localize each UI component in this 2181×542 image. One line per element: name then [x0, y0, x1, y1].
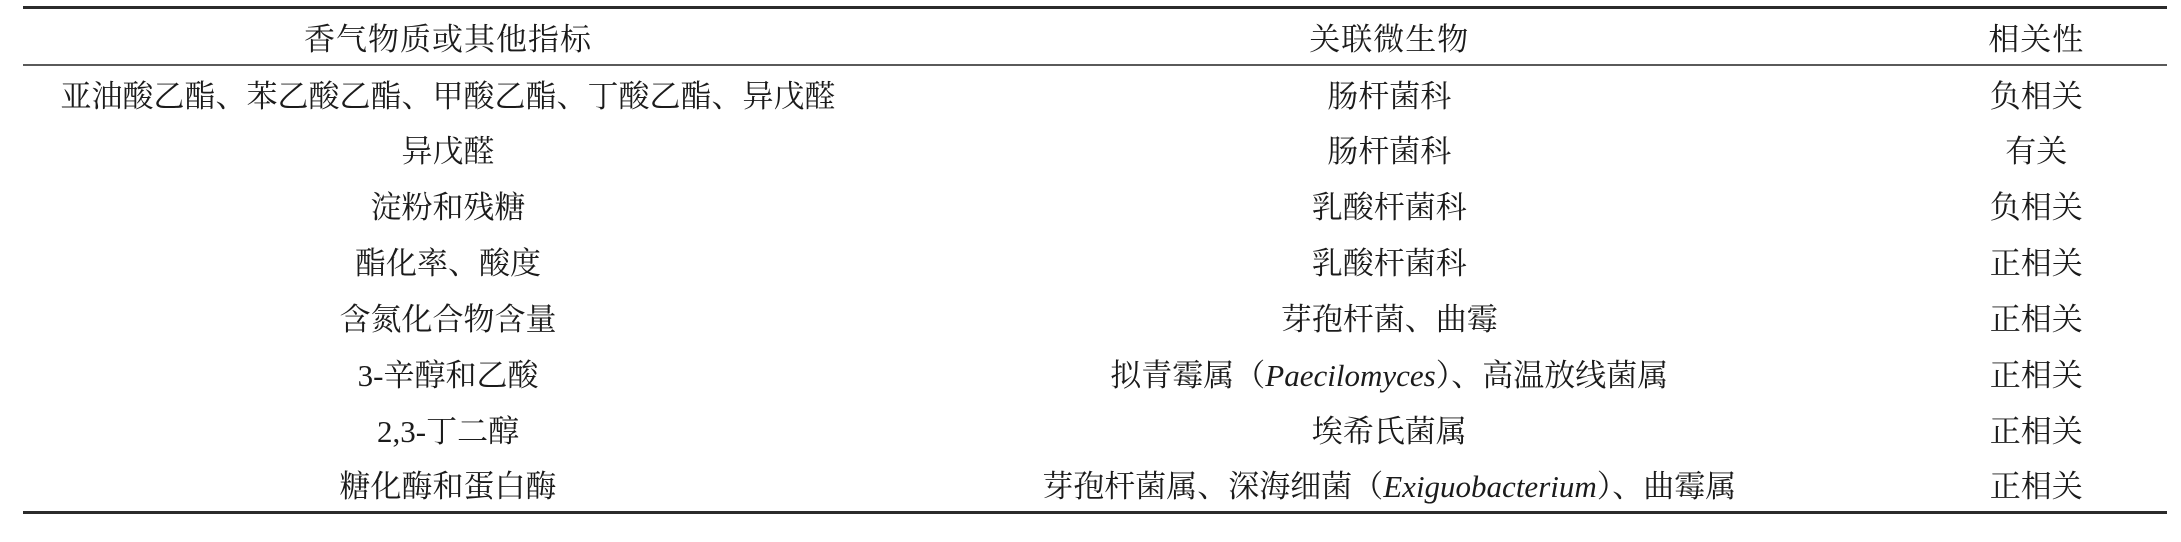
microbe-cell: 乳酸杆菌科 — [873, 177, 1905, 233]
text-segment: 含氮化合物含量 — [340, 302, 557, 337]
text-segment: 淀粉和残糖 — [371, 190, 526, 225]
indicator-cell: 2,3-丁二醇 — [23, 401, 873, 457]
microbe-cell: 乳酸杆菌科 — [873, 233, 1905, 289]
aroma-microbe-correlation-table: 香气物质或其他指标 关联微生物 相关性 亚油酸乙酯、苯乙酸乙酯、甲酸乙酯、丁酸乙… — [23, 6, 2167, 514]
indicator-cell: 含氮化合物含量 — [23, 289, 873, 345]
column-header-microbe: 关联微生物 — [873, 8, 1905, 65]
table-header-row: 香气物质或其他指标 关联微生物 相关性 — [23, 8, 2167, 65]
table-row: 含氮化合物含量芽孢杆菌、曲霉正相关 — [23, 289, 2167, 345]
column-header-indicator: 香气物质或其他指标 — [23, 8, 873, 65]
text-segment: 乳酸杆菌科 — [1312, 246, 1467, 281]
text-segment: 芽孢杆菌属、深海细菌（ — [1042, 469, 1383, 504]
table-row: 异戊醛肠杆菌科有关 — [23, 121, 2167, 177]
text-segment: 肠杆菌科 — [1327, 79, 1451, 114]
correlation-cell: 正相关 — [1905, 345, 2167, 401]
text-segment: 3-辛醇和乙酸 — [358, 358, 539, 393]
table-row: 3-辛醇和乙酸拟青霉属（Paecilomyces）、高温放线菌属正相关 — [23, 345, 2167, 401]
correlation-cell: 有关 — [1905, 121, 2167, 177]
column-header-correlation: 相关性 — [1905, 8, 2167, 65]
table-row: 酯化率、酸度乳酸杆菌科正相关 — [23, 233, 2167, 289]
text-segment: 2,3-丁二醇 — [377, 414, 519, 449]
microbe-cell: 埃希氏菌属 — [873, 401, 1905, 457]
table-header: 香气物质或其他指标 关联微生物 相关性 — [23, 8, 2167, 65]
microbe-cell: 肠杆菌科 — [873, 121, 1905, 177]
indicator-cell: 淀粉和残糖 — [23, 177, 873, 233]
correlation-cell: 正相关 — [1905, 289, 2167, 345]
indicator-cell: 糖化酶和蛋白酶 — [23, 457, 873, 513]
species-name-italic: Exiguobacterium — [1383, 469, 1597, 504]
text-segment: 糖化酶和蛋白酶 — [340, 469, 557, 504]
table-row: 亚油酸乙酯、苯乙酸乙酯、甲酸乙酯、丁酸乙酯、异戊醛肠杆菌科负相关 — [23, 65, 2167, 121]
indicator-cell: 亚油酸乙酯、苯乙酸乙酯、甲酸乙酯、丁酸乙酯、异戊醛 — [23, 65, 873, 121]
table-row: 2,3-丁二醇埃希氏菌属正相关 — [23, 401, 2167, 457]
correlation-cell: 正相关 — [1905, 233, 2167, 289]
correlation-cell: 正相关 — [1905, 401, 2167, 457]
microbe-cell: 芽孢杆菌、曲霉 — [873, 289, 1905, 345]
text-segment: 埃希氏菌属 — [1312, 414, 1467, 449]
microbe-cell: 肠杆菌科 — [873, 65, 1905, 121]
indicator-cell: 异戊醛 — [23, 121, 873, 177]
text-segment: 亚油酸乙酯、苯乙酸乙酯、甲酸乙酯、丁酸乙酯、异戊醛 — [61, 79, 836, 114]
text-segment: 肠杆菌科 — [1327, 134, 1451, 169]
indicator-cell: 3-辛醇和乙酸 — [23, 345, 873, 401]
text-segment: 拟青霉属（ — [1110, 358, 1265, 393]
text-segment: ）、高温放线菌属 — [1436, 358, 1669, 393]
correlation-cell: 负相关 — [1905, 65, 2167, 121]
correlation-cell: 负相关 — [1905, 177, 2167, 233]
microbe-cell: 芽孢杆菌属、深海细菌（Exiguobacterium）、曲霉属 — [873, 457, 1905, 513]
paper-table-region: 香气物质或其他指标 关联微生物 相关性 亚油酸乙酯、苯乙酸乙酯、甲酸乙酯、丁酸乙… — [23, 6, 2167, 514]
table-row: 淀粉和残糖乳酸杆菌科负相关 — [23, 177, 2167, 233]
microbe-cell: 拟青霉属（Paecilomyces）、高温放线菌属 — [873, 345, 1905, 401]
table-row: 糖化酶和蛋白酶芽孢杆菌属、深海细菌（Exiguobacterium）、曲霉属正相… — [23, 457, 2167, 513]
text-segment: 乳酸杆菌科 — [1312, 190, 1467, 225]
table-body: 亚油酸乙酯、苯乙酸乙酯、甲酸乙酯、丁酸乙酯、异戊醛肠杆菌科负相关异戊醛肠杆菌科有… — [23, 65, 2167, 513]
text-segment: 酯化率、酸度 — [355, 246, 541, 281]
species-name-italic: Paecilomyces — [1265, 358, 1435, 393]
correlation-cell: 正相关 — [1905, 457, 2167, 513]
text-segment: ）、曲霉属 — [1597, 469, 1737, 504]
indicator-cell: 酯化率、酸度 — [23, 233, 873, 289]
text-segment: 芽孢杆菌、曲霉 — [1281, 302, 1498, 337]
text-segment: 异戊醛 — [402, 134, 495, 169]
